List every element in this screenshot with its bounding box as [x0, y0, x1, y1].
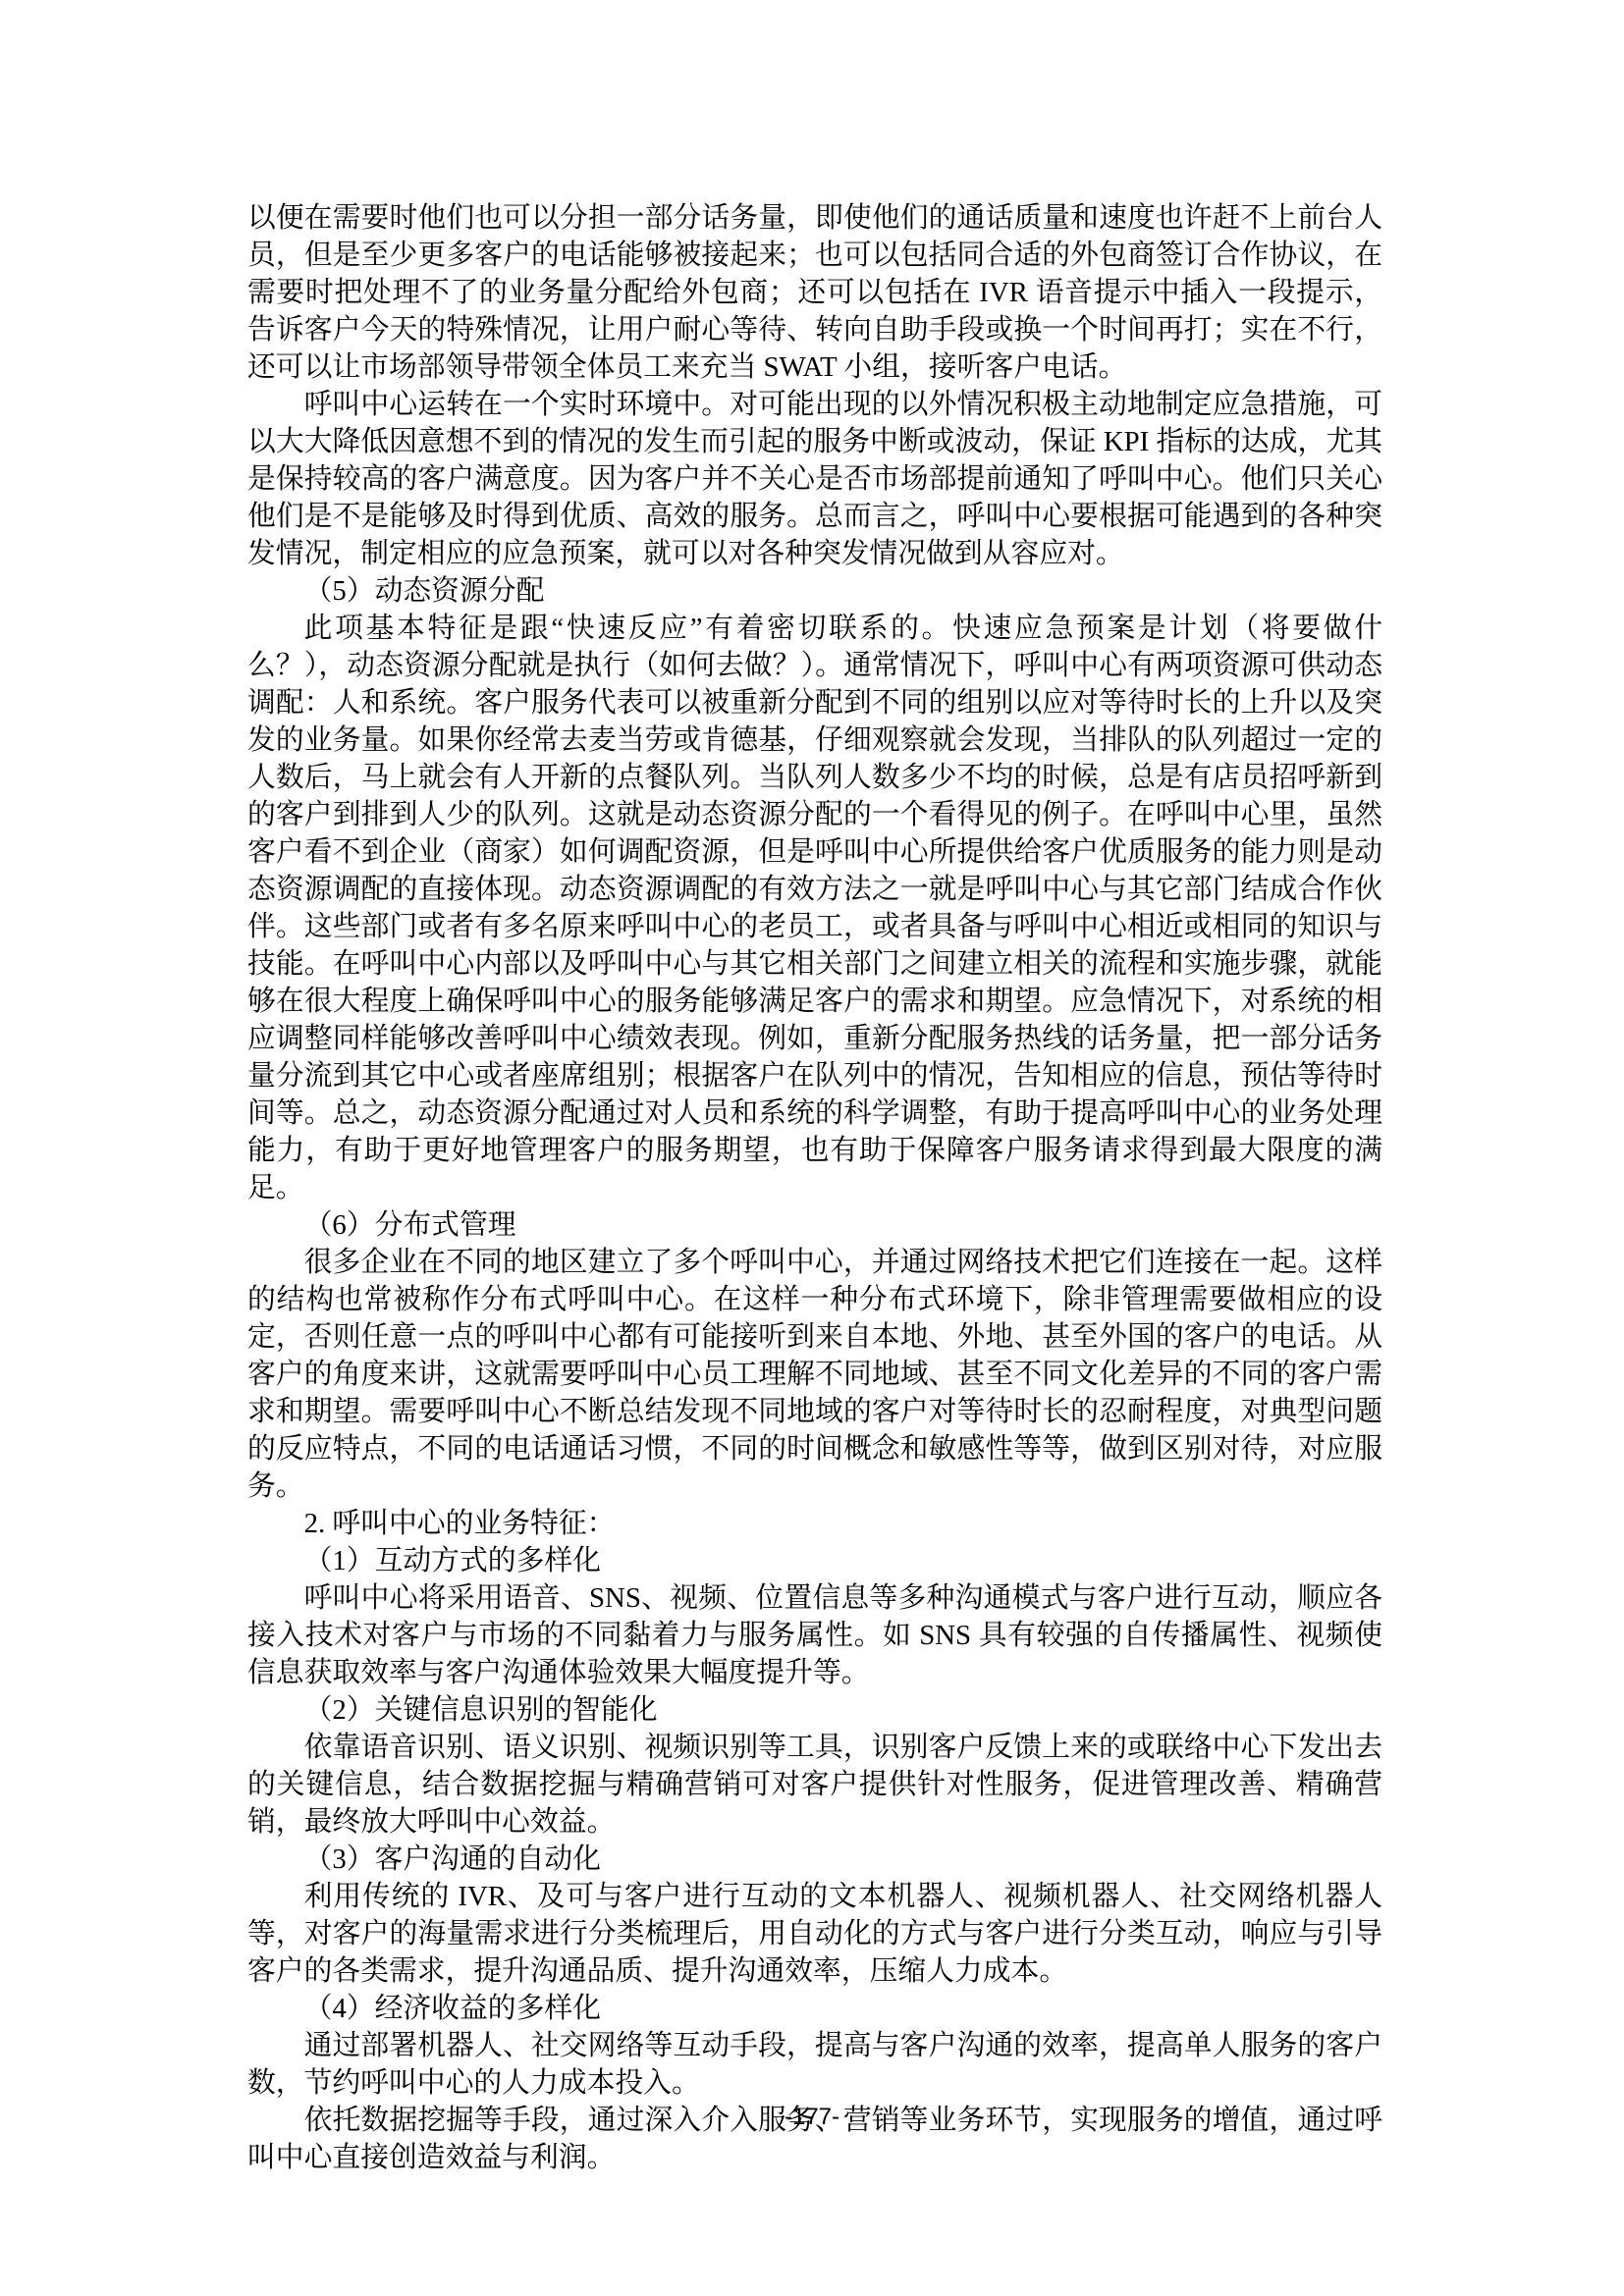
- paragraph: 通过部署机器人、社交网络等互动手段，提高与客户沟通的效率，提高单人服务的客户数，…: [247, 2027, 1382, 2102]
- section-heading: （4）经济收益的多样化: [247, 1990, 1382, 2027]
- paragraph: 依靠语音识别、语义识别、视频识别等工具，识别客户反馈上来的或联络中心下发出去的关…: [247, 1729, 1382, 1841]
- page-number: -177-: [0, 2104, 1624, 2131]
- section-heading: （3）客户沟通的自动化: [247, 1841, 1382, 1878]
- section-heading: （5）动态资源分配: [247, 572, 1382, 610]
- main-text-column: 以便在需要时他们也可以分担一部分话务量，即使他们的通话质量和速度也许赶不上前台人…: [247, 199, 1382, 2176]
- paragraph: 呼叫中心将采用语音、SNS、视频、位置信息等多种沟通模式与客户进行互动，顺应各接…: [247, 1579, 1382, 1691]
- section-heading: （2）关键信息识别的智能化: [247, 1691, 1382, 1729]
- paragraph: 利用传统的 IVR、及可与客户进行互动的文本机器人、视频机器人、社交网络机器人等…: [247, 1878, 1382, 1990]
- paragraph: 很多企业在不同的地区建立了多个呼叫中心，并通过网络技术把它们连接在一起。这样的结…: [247, 1244, 1382, 1505]
- paragraph: 以便在需要时他们也可以分担一部分话务量，即使他们的通话质量和速度也许赶不上前台人…: [247, 199, 1382, 386]
- section-heading: （6）分布式管理: [247, 1206, 1382, 1244]
- paragraph: 此项基本特征是跟“快速反应”有着密切联系的。快速应急预案是计划（将要做什么？），…: [247, 610, 1382, 1206]
- section-heading: （1）互动方式的多样化: [247, 1542, 1382, 1579]
- section-heading: 2. 呼叫中心的业务特征：: [247, 1505, 1382, 1542]
- document-page: 以便在需要时他们也可以分担一部分话务量，即使他们的通话质量和速度也许赶不上前台人…: [0, 0, 1624, 2296]
- paragraph: 呼叫中心运转在一个实时环境中。对可能出现的以外情况积极主动地制定应急措施，可以大…: [247, 386, 1382, 572]
